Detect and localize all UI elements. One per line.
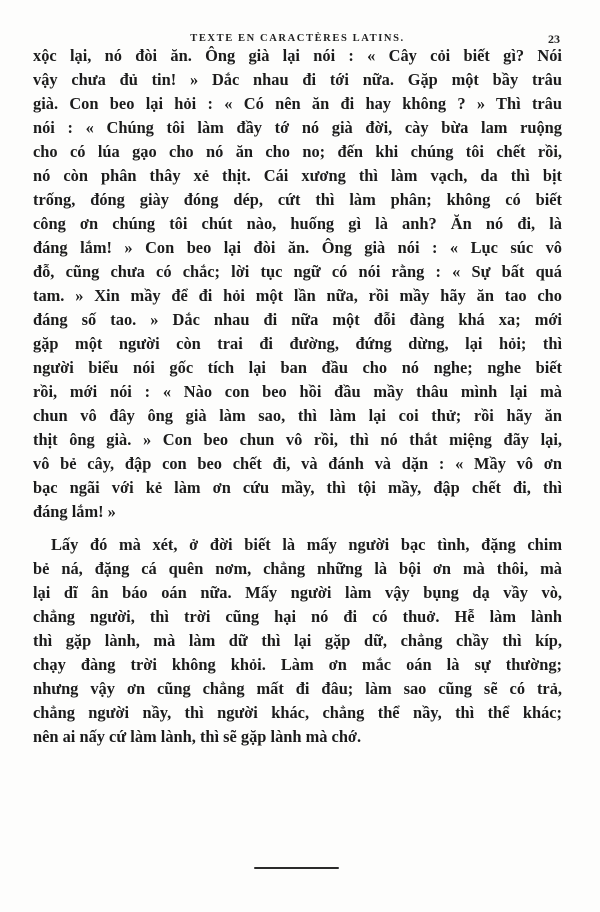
text-line: chẳng người, thì trời cũng hại nó đi có … xyxy=(33,605,562,629)
paragraph-1: xộc lại, nó đòi ăn. Ông già lại nói : « … xyxy=(33,44,562,524)
text-line: trống, đóng giày đóng dép, cứt thì làm p… xyxy=(33,188,562,212)
paragraph-2: Lấy đó mà xét, ở đời biết là mấy người b… xyxy=(33,533,562,749)
text-line: lại dĩ ân báo oán nữa. Mấy người làm vậy… xyxy=(33,581,562,605)
text-line: thì gặp lành, mà làm dữ thì lại gặp dữ, … xyxy=(33,629,562,653)
text-line: đáng lắm! » xyxy=(33,500,562,524)
text-line: tam. » Xin mầy để đi hỏi một lần nữa, rồ… xyxy=(33,284,562,308)
text-line: chun vô đây ông già làm sao, thì làm lại… xyxy=(33,404,562,428)
text-line: chạy đàng trời không khỏi. Làm ơn mắc oá… xyxy=(33,653,562,677)
text-line: rồi, mới nói : « Nào con beo hồi đầu mầy… xyxy=(33,380,562,404)
text-line: bạc ngãi với kẻ làm ơn cứu mầy, thì tội … xyxy=(33,476,562,500)
text-line: nên ai nấy cứ làm lành, thì sẽ gặp lành … xyxy=(33,725,562,749)
text-line: thịt ông già. » Con beo chun vô rồi, thì… xyxy=(33,428,562,452)
text-line: đáng số tao. » Dắc nhau đi nữa một đỗi đ… xyxy=(33,308,562,332)
text-line: Lấy đó mà xét, ở đời biết là mấy người b… xyxy=(33,533,562,557)
text-line: gặp một người còn trai đi đường, đứng dừ… xyxy=(33,332,562,356)
text-line: vô bẻ cây, đập con beo chết đi, và đánh … xyxy=(33,452,562,476)
text-line: cho có lúa gạo cho nó ăn cho no; đến khi… xyxy=(33,140,562,164)
text-line: xộc lại, nó đòi ăn. Ông già lại nói : « … xyxy=(33,44,562,68)
text-line: già. Con beo lại hỏi : « Có nên ăn đi ha… xyxy=(33,92,562,116)
text-line: nó còn phân thây xẻ thịt. Cái xương thì … xyxy=(33,164,562,188)
text-line: nói : « Chúng tôi làm đầy tớ nó già đời,… xyxy=(33,116,562,140)
text-line: bẻ ná, đặng cá quên nơm, chẳng những là … xyxy=(33,557,562,581)
text-line: vậy chưa đủ tin! » Dắc nhau đi tới nữa. … xyxy=(33,68,562,92)
text-line: đỗ, cũng chưa có chắc; lời tục ngữ có nó… xyxy=(33,260,562,284)
text-line: đáng lắm! » Con beo lại đòi ăn. Ông già … xyxy=(33,236,562,260)
book-page: TEXTE EN CARACTÈRES LATINS. 23 xộc lại, … xyxy=(0,0,600,912)
text-line: công ơn chúng tôi chút nào, huống gì là … xyxy=(33,212,562,236)
text-line: nhưng vậy ơn cũng chẳng mất đi đâu; làm … xyxy=(33,677,562,701)
end-rule xyxy=(254,867,339,869)
body-text: xộc lại, nó đòi ăn. Ông già lại nói : « … xyxy=(33,44,562,749)
text-line: chẳng người nầy, thì người khác, chẳng t… xyxy=(33,701,562,725)
text-line: người biểu nói gốc tích lại ban đầu cho … xyxy=(33,356,562,380)
